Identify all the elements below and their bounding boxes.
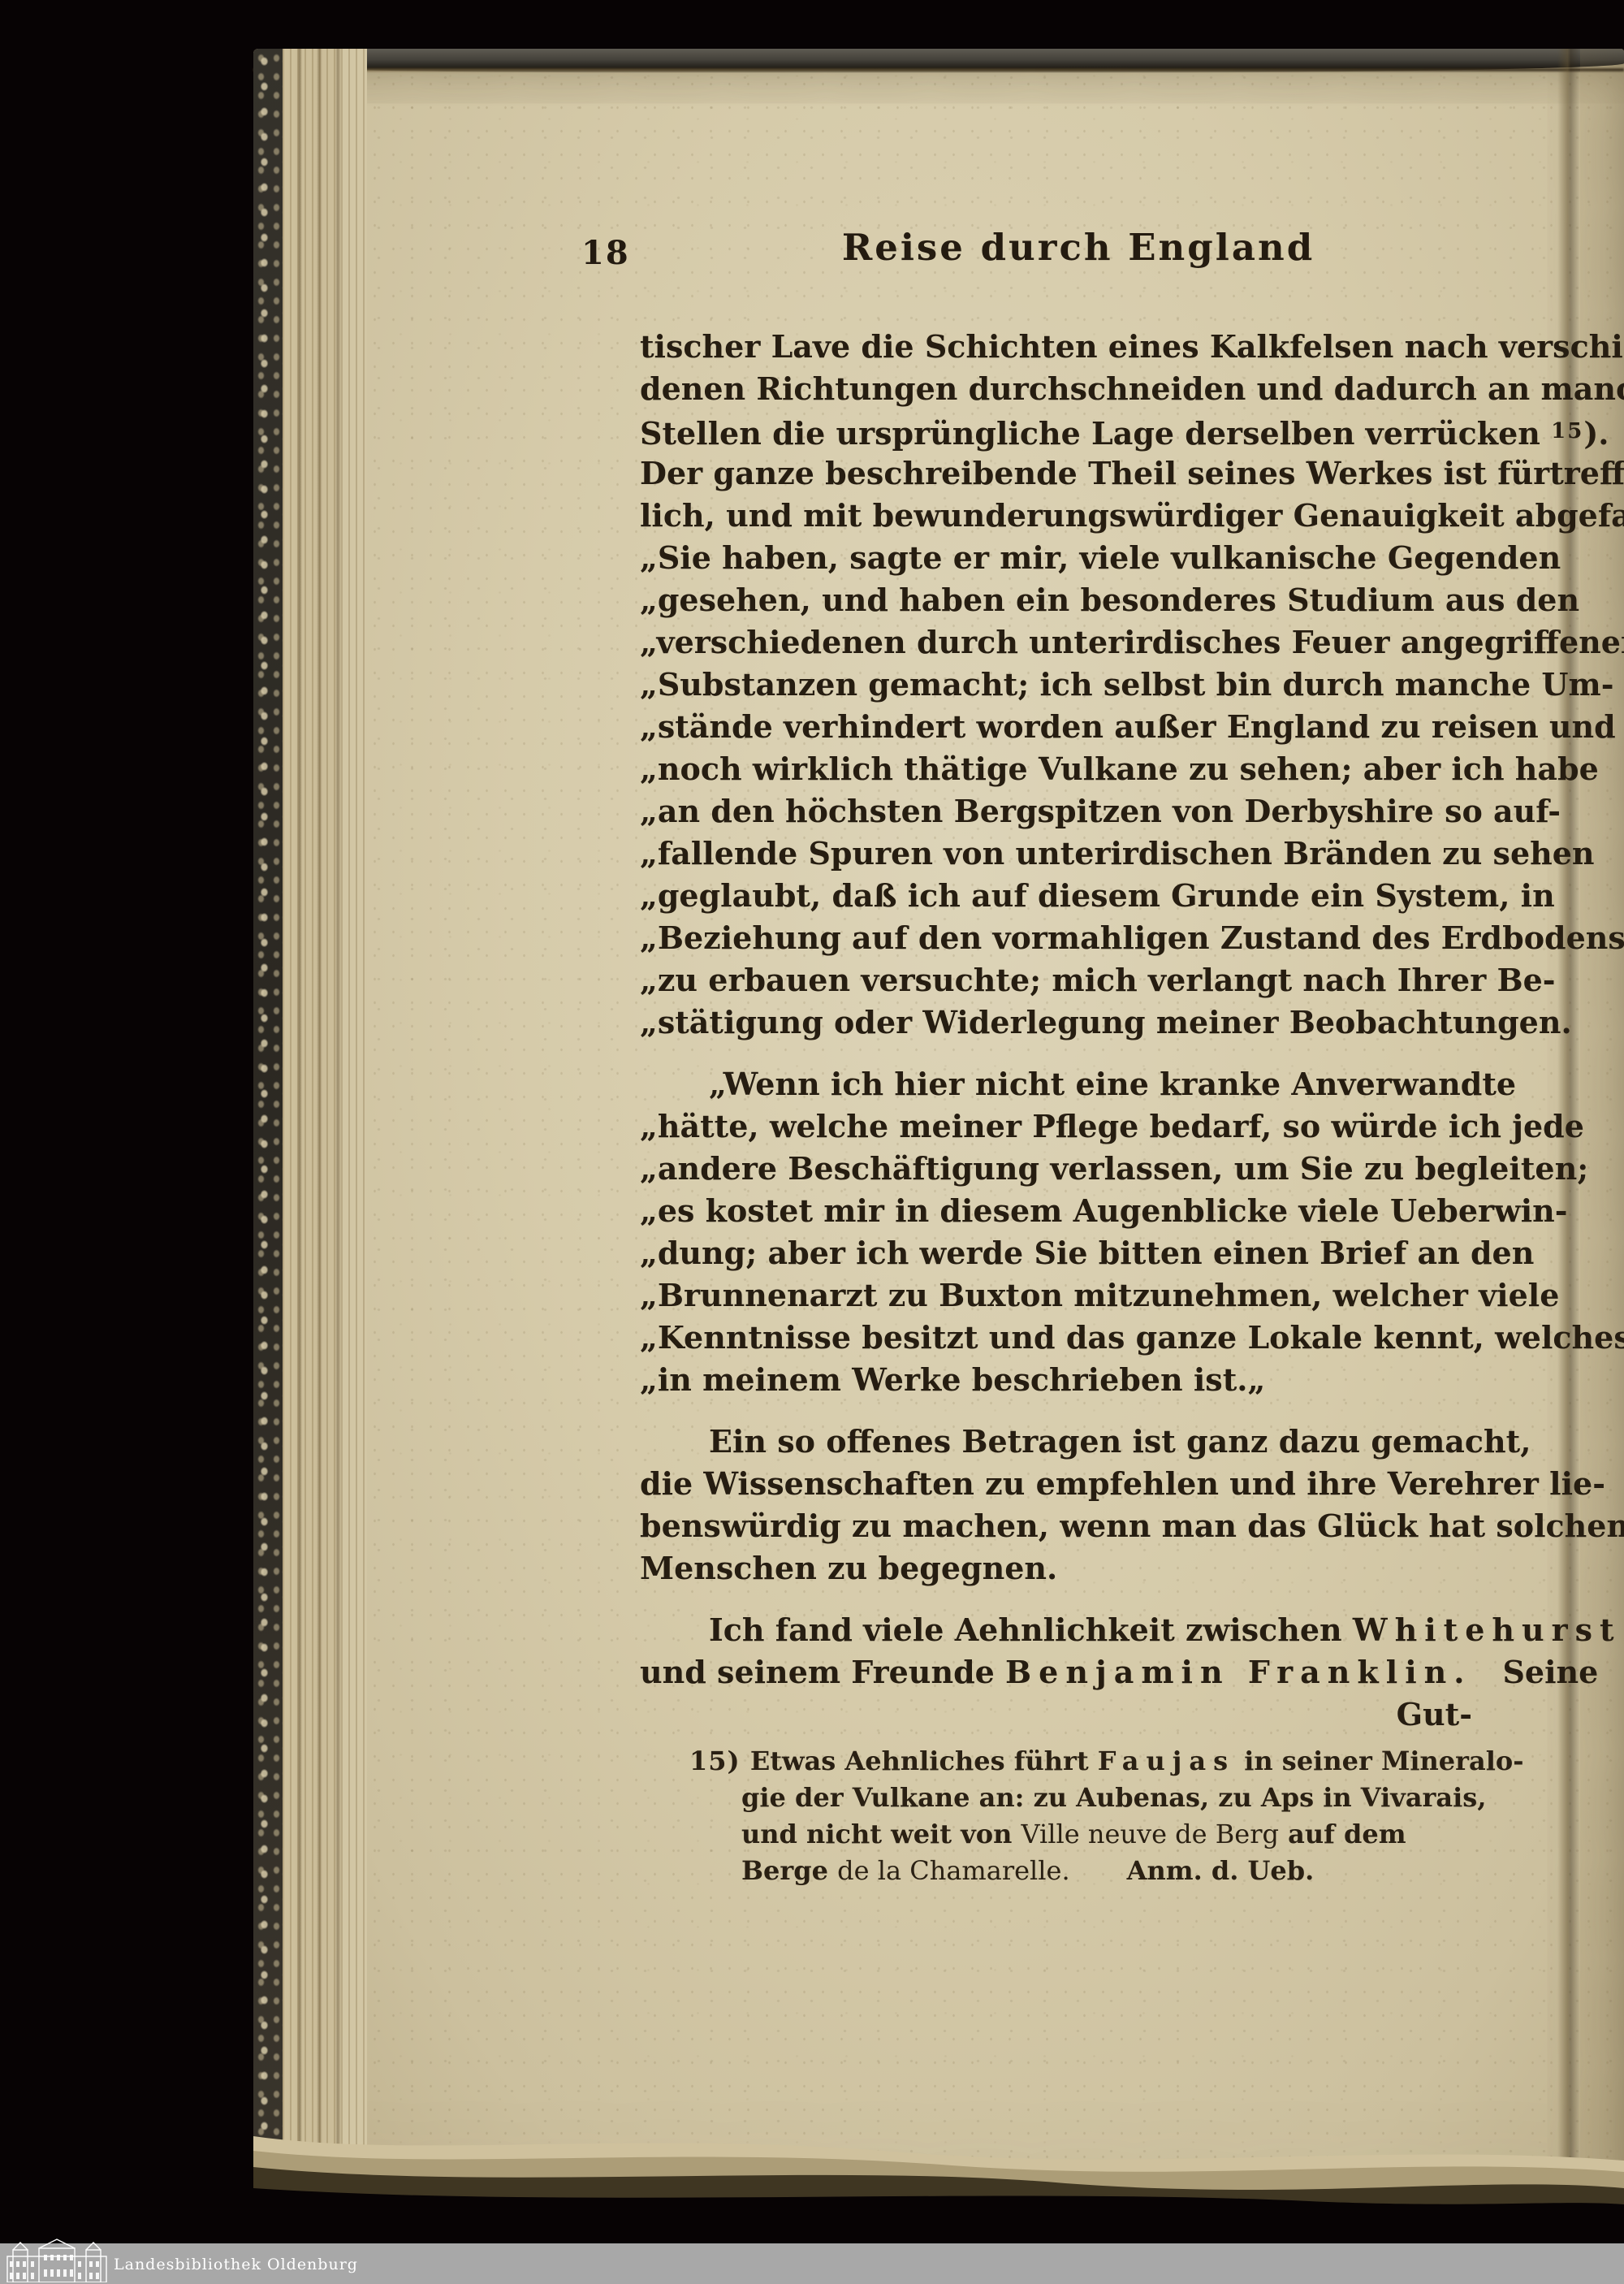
text-line: „stätigung oder Widerlegung meiner Beoba…	[640, 1001, 1517, 1044]
paragraph: „Wenn ich hier nicht eine kranke Anverwa…	[640, 1063, 1517, 1401]
translator-note-attribution: Anm. d. Ueb.	[1127, 1855, 1315, 1886]
footnote-line: gie der Vulkane an: zu Aubenas, zu Aps i…	[741, 1780, 1472, 1816]
scan-background: { "colors":{ "paper":"#d6cbaa", "ink":"#…	[0, 0, 1624, 2284]
footnote-line: Berge de la Chamarelle.Anm. d. Ueb.	[741, 1853, 1472, 1889]
body-text: tischer Lave die Schichten eines Kalkfel…	[640, 326, 1517, 1736]
text-line: „fallende Spuren von unterirdischen Brän…	[640, 833, 1517, 875]
text-line: „gesehen, und haben ein besonderes Studi…	[640, 579, 1517, 621]
text-segment: Ich fand viele Aehnlichkeit zwischen	[709, 1611, 1353, 1648]
text-line: „Sie haben, sagte er mir, viele vulkanis…	[640, 537, 1517, 579]
text-segment: Seine	[1471, 1654, 1598, 1690]
text-line: „stände verhindert worden außer England …	[640, 706, 1517, 748]
running-header-title: Reise durch England	[640, 226, 1517, 269]
page-number: 18	[581, 234, 630, 272]
text-line: „zu erbauen versuchte; mich verlangt nac…	[640, 959, 1517, 1001]
text-line: „geglaubt, daß ich auf diesem Grunde ein…	[640, 875, 1517, 917]
text-line: Ein so offenes Betragen ist ganz dazu ge…	[640, 1421, 1517, 1463]
text-line: „an den höchsten Bergspitzen von Derbysh…	[640, 790, 1517, 833]
text-line: Ich fand viele Aehnlichkeit zwischen Whi…	[640, 1609, 1517, 1651]
library-name: Landesbibliothek Oldenburg	[114, 2243, 358, 2284]
footnote: 15) Etwas Aehnliches führt Faujas in sei…	[741, 1743, 1472, 1889]
text-line: „andere Beschäftigung verlassen, um Sie …	[640, 1148, 1517, 1190]
text-segment: ).	[1583, 415, 1609, 452]
library-banner: Landesbibliothek Oldenburg	[0, 2243, 1624, 2284]
text-line: und seinem Freunde Benjamin Franklin. Se…	[640, 1651, 1517, 1694]
catchword: Gut-	[640, 1694, 1517, 1736]
text-line: Der ganze beschreibende Theil seines Wer…	[640, 452, 1517, 495]
footnote-reference: 15	[1551, 419, 1583, 443]
text-line: tischer Lave die Schichten eines Kalkfel…	[640, 326, 1517, 368]
paragraph: Ich fand viele Aehnlichkeit zwischen Whi…	[640, 1609, 1517, 1736]
page-top-edge	[253, 49, 1624, 73]
paragraph: tischer Lave die Schichten eines Kalkfel…	[640, 326, 1517, 1044]
text-line: Menschen zu begegnen.	[640, 1547, 1517, 1590]
text-line: benswürdig zu machen, wenn man das Glück…	[640, 1505, 1517, 1547]
footnote-marker: 15)	[689, 1745, 750, 1776]
text-line: „Beziehung auf den vormahligen Zustand d…	[640, 917, 1517, 959]
place-name: de la Chamarelle.	[837, 1855, 1069, 1886]
text-segment: auf dem	[1279, 1819, 1406, 1849]
person-name: Faujas	[1098, 1745, 1235, 1776]
binding-edge	[253, 49, 283, 2209]
place-name: Ville neuve de Berg	[1021, 1819, 1279, 1849]
text-line: „es kostet mir in diesem Augenblicke vie…	[640, 1190, 1517, 1232]
person-name: Whitehurst	[1353, 1611, 1622, 1648]
text-line: „Substanzen gemacht; ich selbst bin durc…	[640, 664, 1517, 706]
text-line: denen Richtungen durchschneiden und dadu…	[640, 368, 1517, 410]
person-name: Benjamin Franklin.	[1005, 1654, 1471, 1690]
text-segment: und nicht weit von	[741, 1819, 1021, 1849]
text-segment: Etwas Aehnliches führt	[750, 1745, 1098, 1776]
footnote-line: und nicht weit von Ville neuve de Berg a…	[741, 1816, 1472, 1853]
text-line: „noch wirklich thätige Vulkane zu sehen;…	[640, 748, 1517, 790]
text-line: „Brunnenarzt zu Buxton mitzunehmen, welc…	[640, 1274, 1517, 1317]
text-line: „dung; aber ich werde Sie bitten einen B…	[640, 1232, 1517, 1274]
text-line: „Kenntnisse besitzt und das ganze Lokale…	[640, 1317, 1517, 1359]
library-building-icon	[5, 2237, 109, 2282]
text-segment: Berge	[741, 1855, 837, 1886]
text-line: „hätte, welche meiner Pflege bedarf, so …	[640, 1105, 1517, 1148]
page-bottom-deckle-edge	[253, 2087, 1624, 2211]
footnote-line: 15) Etwas Aehnliches führt Faujas in sei…	[689, 1743, 1472, 1780]
text-line: „verschiedenen durch unterirdisches Feue…	[640, 621, 1517, 664]
text-line: „in meinem Werke beschrieben ist.„	[640, 1359, 1517, 1401]
text-segment: in seiner Mineralo-	[1235, 1745, 1523, 1776]
text-line: die Wissenschaften zu empfehlen und ihre…	[640, 1463, 1517, 1505]
book-page: 18 Reise durch England tischer Lave die …	[253, 49, 1624, 2209]
text-segment: und seinem Freunde	[640, 1654, 1005, 1690]
text-line: Stellen die ursprüngliche Lage derselben…	[640, 410, 1517, 452]
text-line: „Wenn ich hier nicht eine kranke Anverwa…	[640, 1063, 1517, 1105]
paragraph: Ein so offenes Betragen ist ganz dazu ge…	[640, 1421, 1517, 1590]
text-segment: Stellen die ursprüngliche Lage derselben…	[640, 415, 1551, 452]
text-line: lich, und mit bewunderungswürdiger Genau…	[640, 495, 1517, 537]
